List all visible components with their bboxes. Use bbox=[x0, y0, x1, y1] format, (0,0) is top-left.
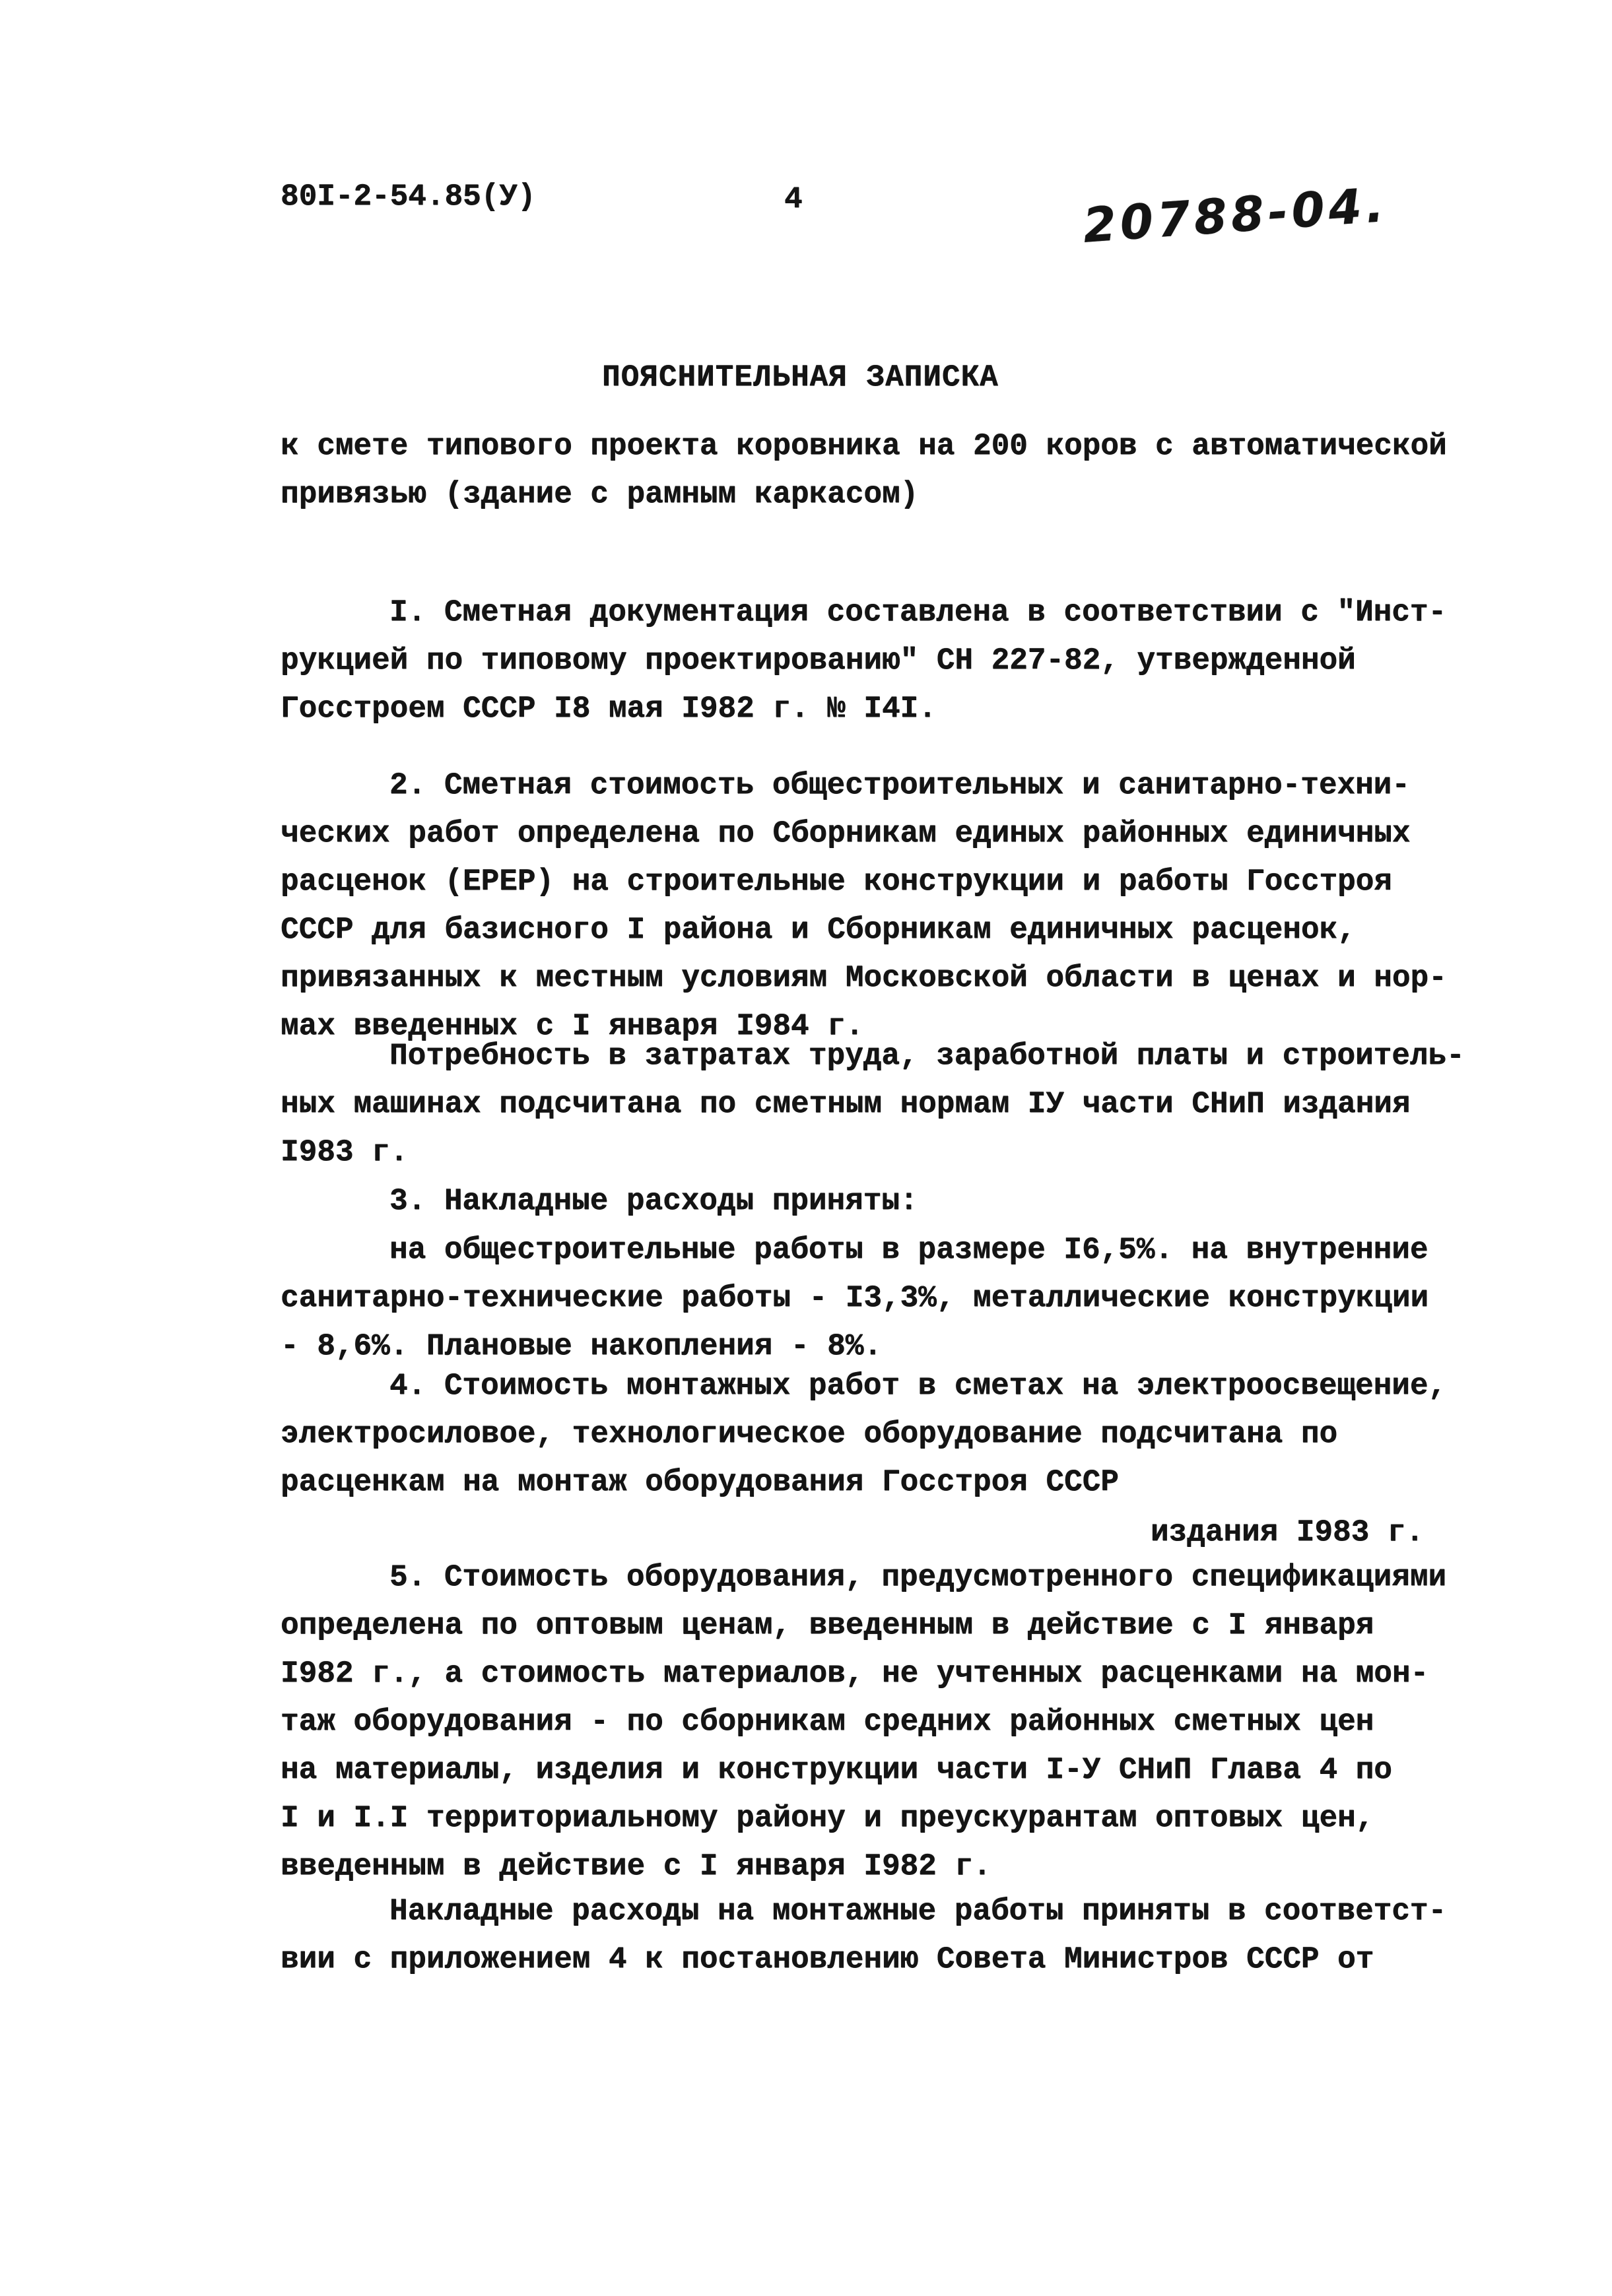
scanned-document-page: 80I-2-54.85(У) 4 20788-04. ПОЯСНИТЕЛЬНАЯ… bbox=[0, 0, 1612, 2296]
paragraph-1-estimate-documentation: I. Сметная документация составлена в соо… bbox=[281, 589, 1469, 733]
handwritten-mark: 20788-04. bbox=[1081, 177, 1390, 253]
paragraph-4-edition-year: издания I983 г. bbox=[281, 1509, 1469, 1557]
paragraph-4-installation-cost: 4. Стоимость монтажных работ в сметах на… bbox=[281, 1362, 1469, 1507]
paragraph-3-overhead-intro: 3. Накладные расходы приняты: bbox=[281, 1177, 1469, 1226]
paragraph-3-overhead-rates: на общестроительные работы в размере I6,… bbox=[281, 1226, 1469, 1371]
paragraph-5-equipment-cost: 5. Стоимость оборудования, предусмотренн… bbox=[281, 1554, 1469, 1891]
paragraph-2-estimate-cost: 2. Сметная стоимость общестроительных и … bbox=[281, 762, 1469, 1051]
page-title: ПОЯСНИТЕЛЬНАЯ ЗАПИСКА bbox=[602, 354, 999, 402]
paragraph-overhead-installation: Накладные расходы на монтажные работы пр… bbox=[281, 1887, 1469, 1984]
document-subtitle: к смете типового проекта коровника на 20… bbox=[281, 422, 1469, 519]
document-code: 80I-2-54.85(У) bbox=[281, 173, 535, 221]
paragraph-labor-requirements: Потребность в затратах труда, заработной… bbox=[281, 1032, 1469, 1177]
page-number: 4 bbox=[784, 176, 803, 224]
